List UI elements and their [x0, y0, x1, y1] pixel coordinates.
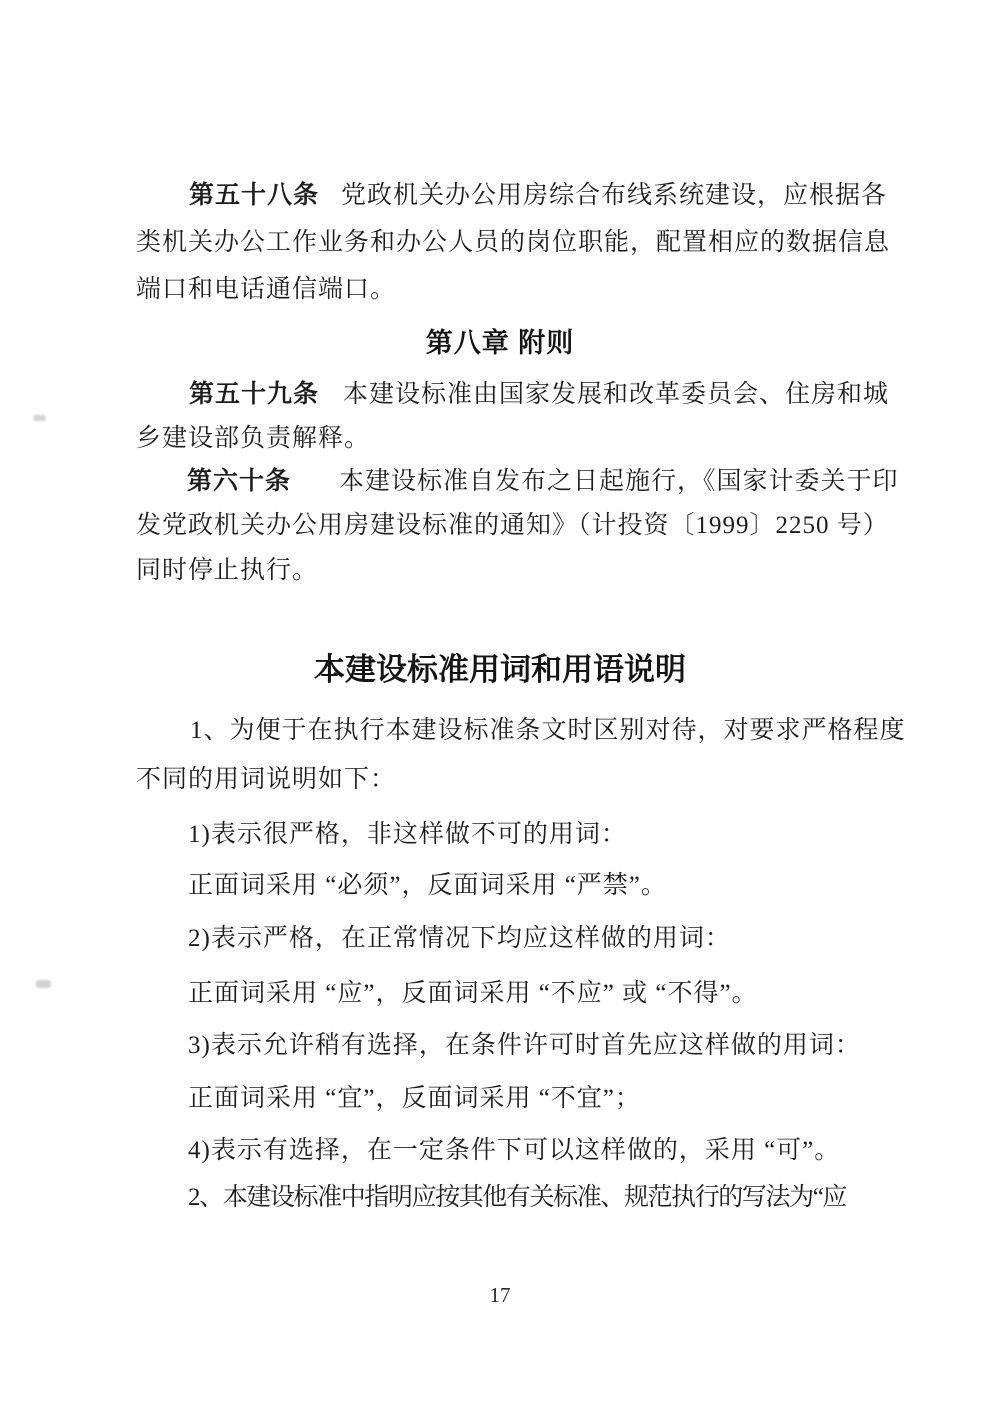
article-60-line-1: 第六十条本建设标准自发布之日起施行，《国家计委关于印 — [187, 467, 899, 497]
article-60-line-3: 同时停止执行。 — [136, 556, 318, 586]
glossary-intro-line-1: 1、为便于在执行本建设标准条文时区别对待，对要求严格程度 — [190, 716, 906, 746]
glossary-item-6: 正面词采用 “宜”，反面词采用 “不宜”； — [188, 1084, 641, 1114]
glossary-item-1: 1)表示很严格，非这样做不可的用词： — [188, 820, 627, 850]
article-58-line-2: 类机关办公工作业务和办公人员的岗位职能，配置相应的数据信息 — [136, 228, 890, 258]
glossary-title: 本建设标准用词和用语说明 — [0, 644, 1000, 689]
article-59-text: 本建设标准由国家发展和改革委员会、住房和城 — [343, 381, 889, 408]
glossary-item-5: 3)表示允许稍有选择，在条件许可时首先应这样做的用词： — [188, 1031, 861, 1061]
glossary-item-2: 正面词采用 “必须”，反面词采用 “严禁”。 — [188, 871, 667, 901]
article-59-line-2: 乡建设部负责解释。 — [136, 424, 370, 454]
article-58-line-1: 第五十八条党政机关办公用房综合布线系统建设，应根据各 — [189, 181, 887, 211]
article-58-number: 第五十八条 — [189, 182, 319, 209]
article-60-line-2: 发党政机关办公用房建设标准的通知》（计投资〔1999〕2250 号） — [136, 511, 889, 541]
article-58-line-3: 端口和电话通信端口。 — [136, 275, 396, 305]
article-58-text: 党政机关办公用房综合布线系统建设，应根据各 — [341, 182, 887, 209]
glossary-item-7: 4)表示有选择，在一定条件下可以这样做的，采用 “可”。 — [188, 1136, 840, 1166]
article-60-number: 第六十条 — [187, 468, 291, 495]
article-60-text: 本建设标准自发布之日起施行，《国家计委关于印 — [339, 468, 899, 495]
chapter-8-heading: 第八章 附则 — [0, 321, 1000, 360]
glossary-intro-line-2: 不同的用词说明如下： — [136, 765, 396, 795]
article-59-line-1: 第五十九条本建设标准由国家发展和改革委员会、住房和城 — [189, 380, 889, 410]
glossary-item-4: 正面词采用 “应”，反面词采用 “不应” 或 “不得”。 — [188, 979, 758, 1009]
glossary-item-8: 2、本建设标准中指明应按其他有关标准、规范执行的写法为“应 — [188, 1183, 846, 1213]
article-59-number: 第五十九条 — [189, 381, 319, 408]
document-page: 第五十八条党政机关办公用房综合布线系统建设，应根据各 类机关办公工作业务和办公人… — [0, 0, 1000, 1413]
scan-smudge-artifact — [33, 415, 46, 421]
glossary-item-3: 2)表示严格，在正常情况下均应这样做的用词： — [188, 924, 731, 954]
page-number: 17 — [0, 1283, 1000, 1308]
scan-smudge-artifact — [36, 980, 51, 988]
